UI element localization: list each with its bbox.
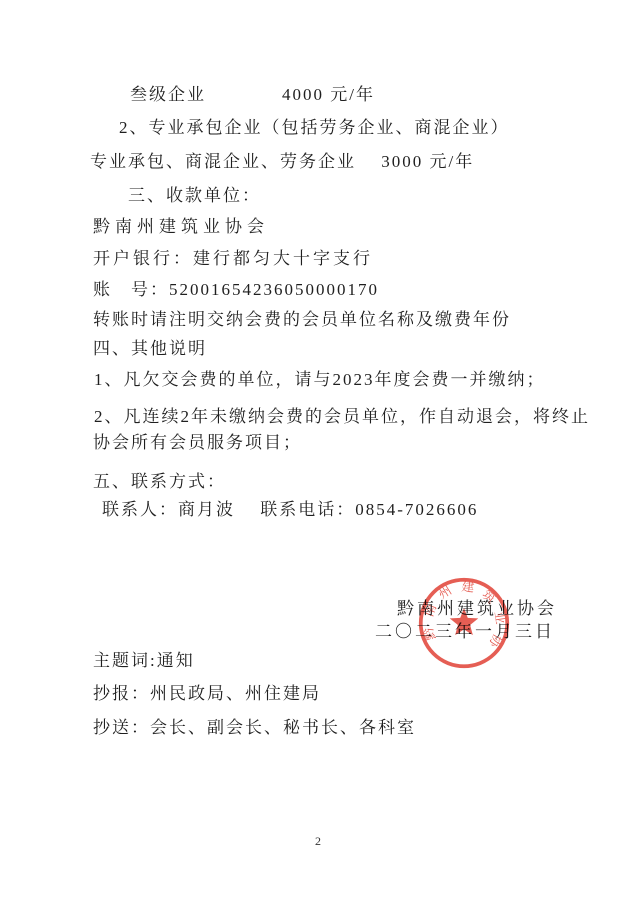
doc-line-note2-cont: 协会所有会员服务项目； bbox=[93, 433, 302, 453]
doc-line-section3-heading: 三、收款单位： bbox=[128, 186, 261, 206]
doc-line-fee-level3: 叁级企业 4000 元/年 bbox=[130, 85, 375, 105]
doc-line-note2: 2、凡连续2年未缴纳会费的会员单位，作自动退会，将终止 bbox=[94, 407, 590, 427]
footer-copy-report: 抄报：州民政局、州住建局 bbox=[93, 684, 321, 704]
doc-line-payee-name: 黔南州建筑业协会 bbox=[93, 217, 269, 237]
doc-line-note1: 1、凡欠交会费的单位，请与2023年度会费一并缴纳； bbox=[94, 370, 546, 390]
page-number: 2 bbox=[0, 834, 636, 849]
document-page: 叁级企业 4000 元/年 2、专业承包企业（包括劳务企业、商混企业） 专业承包… bbox=[0, 0, 636, 900]
doc-line-bank: 开户银行：建行都匀大十字支行 bbox=[93, 249, 373, 269]
signature-organization: 黔南州建筑业协会 bbox=[397, 599, 557, 619]
signature-date: 二〇二三年一月三日 bbox=[375, 622, 555, 642]
doc-line-transfer-note: 转账时请注明交纳会费的会员单位名称及缴费年份 bbox=[93, 310, 511, 330]
footer-subject-keywords: 主题词:通知 bbox=[93, 651, 195, 671]
doc-line-contact: 联系人：商月波 联系电话：0854-7026606 bbox=[102, 500, 478, 520]
footer-copy-send: 抄送：会长、副会长、秘书长、各科室 bbox=[93, 718, 416, 738]
doc-line-item2-heading: 2、专业承包企业（包括劳务企业、商混企业） bbox=[119, 118, 510, 138]
doc-line-account-number: 账 号：52001654236050000170 bbox=[93, 280, 379, 300]
doc-line-section5-heading: 五、联系方式： bbox=[93, 472, 226, 492]
doc-line-fee-contracting: 专业承包、商混企业、劳务企业 3000 元/年 bbox=[90, 152, 474, 172]
doc-line-section4-heading: 四、其他说明 bbox=[93, 339, 207, 359]
